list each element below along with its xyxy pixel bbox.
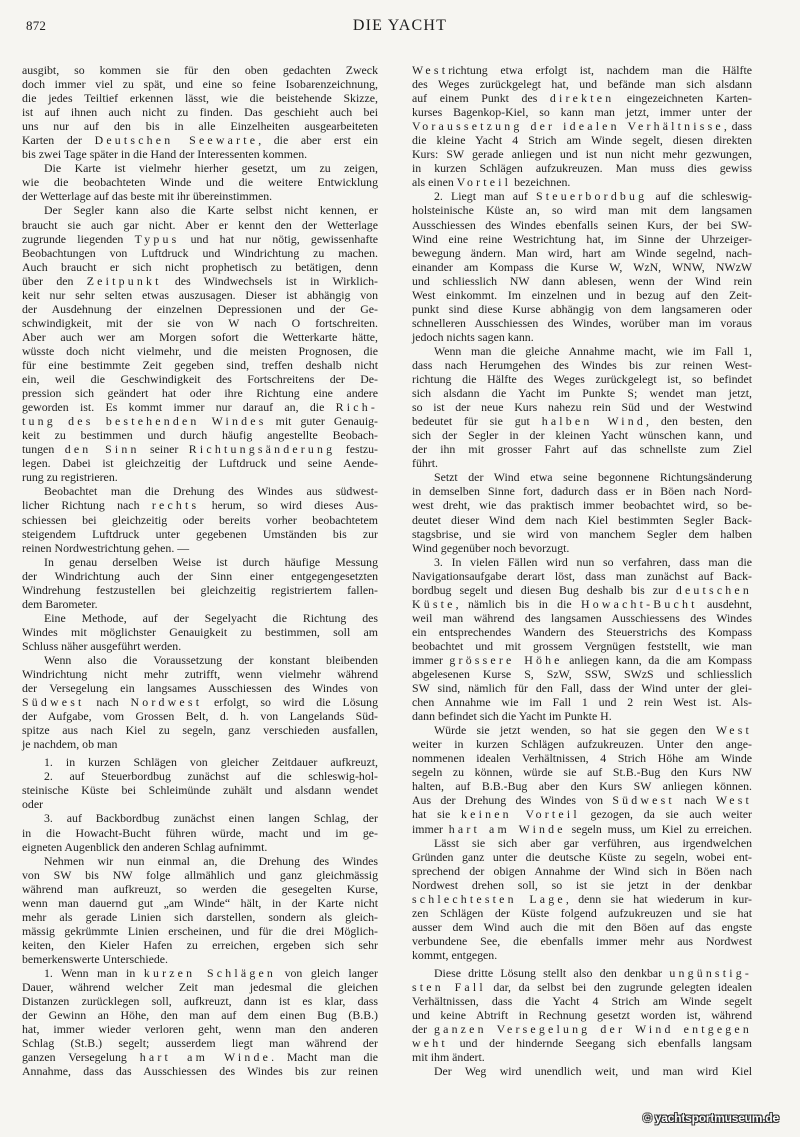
text-run: In genau derselben Weise ist durch häufi… <box>44 555 378 569</box>
text-run: Eine Methode, auf der Segelyacht die Ric… <box>44 611 378 625</box>
text-line: Windrehung festzustellen bei gleichzeiti… <box>22 583 378 597</box>
text-line: Aus der Drehung des Windes von Südwest n… <box>412 793 752 807</box>
text-run: dar, da selbst bei den zugrunde gelegten… <box>486 980 752 994</box>
text-run: Der Weg wird unendlich weit, und man wir… <box>434 1064 752 1078</box>
text-run: Ausschiessen des Windes ebenfalls seinen… <box>412 218 752 232</box>
text-run: 2. auf Steuerbordbug zunächst auf die sc… <box>44 769 378 783</box>
text-run: tungen <box>22 442 65 456</box>
text-run: von SW bis NW folge allmählich und ganz … <box>22 868 378 882</box>
text-run: bemerkenswerte Unterschiede. <box>22 952 168 966</box>
text-line: je nachdem, ob man <box>22 737 378 751</box>
text-line: Der Segler kann also die Karte selbst ni… <box>22 203 378 217</box>
text-run: sprechend der obigen Annahme der Wind si… <box>412 864 752 878</box>
text-run: der Wetterlage auf das beste mit ihr übe… <box>22 189 272 203</box>
text-run: dann befindet sich die Yacht im Punkte H… <box>412 709 612 723</box>
text-run: über den <box>22 274 87 288</box>
emphasis-spaced-text: kurzen Schlägen <box>144 966 276 980</box>
emphasis-spaced-text: Richtungsänderung <box>189 442 336 456</box>
text-run: Lässt sie sich aber gar verführen, aus i… <box>434 836 752 850</box>
text-line: stagsbrise, und sie wird von manchem Seg… <box>412 527 752 541</box>
text-run: und keine Abtrift in Rechnung gesetzt wo… <box>412 1008 752 1022</box>
text-line: 1. Wenn man in kurzen Schlägen von gleic… <box>22 966 378 980</box>
text-line: Der Weg wird unendlich weit, und man wir… <box>412 1064 752 1078</box>
emphasis-spaced-text: grössere Höhe <box>449 653 562 667</box>
text-line: SW sind, nämlich für den Fall, dass der … <box>412 681 752 695</box>
text-line: 2. Liegt man auf Steuerbordbug auf die s… <box>412 189 752 203</box>
text-line: immer grössere Höhe anliegen kann, da di… <box>412 653 752 667</box>
text-run: führt. <box>412 456 438 470</box>
text-run: Karten der <box>22 133 95 147</box>
text-line: Westrichtung etwa erfolgt ist, nachdem m… <box>412 63 752 77</box>
text-line: ausgibt, so kommen sie für den oben geda… <box>22 63 378 77</box>
text-run: segeln muss, um Kiel zu erreichen. <box>566 822 752 836</box>
right-column: Westrichtung etwa erfolgt ist, nachdem m… <box>412 63 752 1078</box>
text-run: , dass <box>724 119 752 133</box>
text-run: mit guter Genauig- <box>267 414 378 428</box>
text-line: west dreht, wie das praktisch immer beob… <box>412 498 752 512</box>
text-line: in demselben Sinne fort, dadurch dass er… <box>412 484 752 498</box>
text-line: bedeutet für sie gut halben Wind, den be… <box>412 414 752 428</box>
text-run: herum, so wird dieses Aus- <box>199 498 378 512</box>
emphasis-spaced-text: den Sinn <box>65 442 140 456</box>
text-line: Südwest nach Nordwest erfolgt, so wird d… <box>22 695 378 709</box>
text-line: Schluss näher ausgeführt werden. <box>22 639 378 653</box>
text-line: weil man während des langsamen Ausschies… <box>412 611 752 625</box>
text-run: abgelesenen Kurse S, SzW, SSW, SWzS und … <box>412 667 752 681</box>
emphasis-spaced-text: West <box>412 63 448 77</box>
text-line: mässig gekrümmte Linien erscheinen, und … <box>22 924 378 938</box>
text-line: der ihn mit grosser Fahrt auf das schnel… <box>412 442 752 456</box>
text-run: chen Annahme wie im Fall 1 und 2 rein We… <box>412 695 752 709</box>
text-line: sich der Segler in der kleinen Yacht wün… <box>412 428 752 442</box>
text-line: chen Annahme wie im Fall 1 und 2 rein We… <box>412 695 752 709</box>
text-line: zugrunde liegenden Typus und hat nur nöt… <box>22 232 378 246</box>
text-run: der ihn mit grosser Fahrt auf das schnel… <box>412 442 752 456</box>
text-run: Windes mit möglichster Genauigkeit zu be… <box>22 625 378 639</box>
text-run: ausser dem Wind auch die mit den Böen au… <box>412 920 752 934</box>
text-line: spitze aus nach Kiel zu segeln, ganz ver… <box>22 723 378 737</box>
text-run: Schluss näher ausgeführt werden. <box>22 639 181 653</box>
text-line: keiten, den Kieler Hafen zu erreichen, e… <box>22 938 378 952</box>
text-line: schlechtesten Lage, denn sie hat wiederu… <box>412 892 752 906</box>
text-line: der Versegelung ein langsames Ausschiess… <box>22 681 378 695</box>
text-run: steigendem Luftdruck unter gegebenen Ums… <box>22 527 378 541</box>
emphasis-spaced-text: weht <box>412 1036 448 1050</box>
text-line: 1. in kurzen Schlägen von gleicher Zeitd… <box>22 755 378 769</box>
text-line: hat sie keinen Vorteil gezogen, da sie a… <box>412 807 752 821</box>
text-run: weiter in kurzen Schlägen aufzukreuzen. … <box>412 737 752 751</box>
text-line: verbundene See, die ebenfalls immer mehr… <box>412 934 752 948</box>
text-line: bordbug segelt und diesen Bug deshalb bi… <box>412 583 752 597</box>
text-run: von gleich langer <box>276 966 378 980</box>
text-line: In genau derselben Weise ist durch häufi… <box>22 555 378 569</box>
text-line: sten Fall dar, da selbst bei den zugrund… <box>412 980 752 994</box>
text-run: während man aufkreuzt, so werden die ges… <box>22 882 378 896</box>
text-run: wüsste doch nicht vielmehr, und die meis… <box>22 344 378 358</box>
text-run: Beobachtungen von Luftdruck und Windrich… <box>22 246 378 260</box>
text-run: mit ihm ändert. <box>412 1050 485 1064</box>
text-line: Nordwest drehen soll, so ist sie jetzt i… <box>412 878 752 892</box>
text-run: verbundene See, die ebenfalls immer mehr… <box>412 934 752 948</box>
text-run: , die aber erst ein <box>258 133 378 147</box>
text-run: kommt, entgegen. <box>412 948 497 962</box>
text-run: eigneten Augenblick den anderen Schlag a… <box>22 840 267 854</box>
emphasis-spaced-text: rechts <box>152 498 199 512</box>
text-run: Navigationsaufgabe derart löst, dass man… <box>412 569 752 583</box>
text-run: segeln zu können, würde sie auf St.B.-Bu… <box>412 765 752 779</box>
text-run: ausdehnt, <box>698 597 752 611</box>
text-line: wie die beobachteten Winde und die weite… <box>22 175 378 189</box>
text-line: Schlag (St.B.) segelt; ausserdem liegt m… <box>22 1036 378 1050</box>
text-line: dem Barometer. <box>22 597 378 611</box>
text-run: der Versegelung ein langsames Ausschiess… <box>22 681 378 695</box>
text-run: ein, weil die Geschwindigkeit des Fortsc… <box>22 372 378 386</box>
text-line: der Ausdehnung der einzelnen Depressione… <box>22 302 378 316</box>
text-run: reinen Nordwestrichtung gehen. — <box>22 541 189 555</box>
text-line: ein entsprechendes Wandern des Steuerstr… <box>412 625 752 639</box>
text-line: Wenn also die Voraussetzung der konstant… <box>22 653 378 667</box>
emphasis-spaced-text: Howacht-Bucht <box>581 597 698 611</box>
text-run: Dauer, während welcher Zeit man jedesmal… <box>22 980 378 994</box>
text-line: holsteinische Küste an, so wird man mit … <box>412 203 752 217</box>
text-run: immer <box>412 822 449 836</box>
text-run: keit zu bestimmen und durch häufig anges… <box>22 428 378 442</box>
text-line: für eine bestimmte Zeit gegeben sind, tr… <box>22 358 378 372</box>
text-run: erfolgt, so wird die Lösung <box>202 695 378 709</box>
emphasis-spaced-text: Voraussetzung der idealen Verhältnisse <box>412 119 724 133</box>
text-line: Nehmen wir nun einmal an, die Drehung de… <box>22 854 378 868</box>
text-line: mit ihm ändert. <box>412 1050 752 1064</box>
text-run: stagsbrise, und sie wird von manchem Seg… <box>412 527 752 541</box>
text-run: steinische Küste bei Schleimünde zuhält … <box>22 783 378 797</box>
text-run: bis zwei Tage später in die Hand der Int… <box>22 147 307 161</box>
text-line: punkt sind diese Kurse abhängig von dem … <box>412 302 752 316</box>
text-line: der ganzen Versegelung der Wind entgegen <box>412 1022 752 1036</box>
page-header: 872 DIE YACHT <box>0 18 800 40</box>
text-line: 3. In vielen Fällen wird nun so verfahre… <box>412 555 752 569</box>
text-run: bezeichnen. <box>511 175 570 189</box>
text-run: sich alsdann die Yacht im Punkte S; wend… <box>412 386 752 400</box>
emphasis-spaced-text: ganzen Versegelung der Wind entgegen <box>434 1022 752 1036</box>
text-line: auf einem Punkt des direkten eingezeichn… <box>412 91 752 105</box>
text-run: schwindigkeit, mit der sie von W nach O … <box>22 316 378 330</box>
text-run: ausgibt, so kommen sie für den oben geda… <box>22 63 378 77</box>
text-run: geworden ist. Es kommt immer nur darauf … <box>22 400 336 414</box>
text-line: der Wetterlage auf das beste mit ihr übe… <box>22 189 378 203</box>
text-run: Verhältnissen, dass die Yacht 4 Strich a… <box>412 994 752 1008</box>
text-run: für eine bestimmte Zeit gegeben sind, tr… <box>22 358 378 372</box>
text-line: Setzt der Wind etwa seine begonnene Rich… <box>412 470 752 484</box>
text-run: Annahme, dass das Ausschiessen des Winde… <box>22 1064 378 1078</box>
text-line: braucht sie auch gar nicht. Aber er kenn… <box>22 218 378 232</box>
text-run: hat, immer wieder verloren geht, wenn ma… <box>22 1022 378 1036</box>
text-run: anliegen kann, da die am Kompass <box>563 653 752 667</box>
text-run: SW sind, nämlich für den Fall, dass der … <box>412 681 752 695</box>
text-run: Diese dritte Lösung stellt also den denk… <box>434 966 669 980</box>
text-run: der <box>412 1022 434 1036</box>
text-line: und keine Abtrift in Rechnung gesetzt wo… <box>412 1008 752 1022</box>
text-run: nach <box>675 793 716 807</box>
text-run: des Windwechsels ist in Wirklich- <box>162 274 378 288</box>
text-line: ist auf ihnen auch nicht zu finden. Das … <box>22 105 378 119</box>
text-run: , denn sie hat wiederum in kur- <box>566 892 752 906</box>
text-run: Wenn man die gleiche Annahme macht, wie … <box>434 344 752 358</box>
text-line: Küste, nämlich bis in die Howacht-Bucht … <box>412 597 752 611</box>
text-run: oder <box>22 797 43 811</box>
text-run: Wenn also die Voraussetzung der konstant… <box>44 653 378 667</box>
text-run: ganzen Versegelung <box>22 1050 140 1064</box>
text-run: richtung die Hälfte des Weges zurückgele… <box>412 372 752 386</box>
text-run: Wind eine reine Westrichtung hat, im Sin… <box>412 232 752 246</box>
text-run: spitze aus nach Kiel zu segeln, ganz ver… <box>22 723 378 737</box>
emphasis-spaced-text: hart am Winde <box>449 822 566 836</box>
text-line: keit nur sehr selten etwas auszusagen. D… <box>22 288 378 302</box>
text-line: 2. auf Steuerbordbug zunächst auf die sc… <box>22 769 378 783</box>
text-line: immer hart am Winde segeln muss, um Kiel… <box>412 822 752 836</box>
text-run: Nehmen wir nun einmal an, die Drehung de… <box>44 854 378 868</box>
text-run: und hat nur nötig, gewissenhafte <box>179 232 378 246</box>
text-line: schiessen bei gleichzeitig oder bereits … <box>22 513 378 527</box>
text-run: kurses Bagenkop-Kiel, so kann man jetzt,… <box>412 105 752 119</box>
text-run: und schliesslich NW dann ablesen, wenn d… <box>412 274 752 288</box>
text-line: der Windrichtung auch der Sinn einer ent… <box>22 569 378 583</box>
text-line: dann befindet sich die Yacht im Punkte H… <box>412 709 752 723</box>
emphasis-spaced-text: Vorteil <box>457 175 511 189</box>
text-line: steigendem Luftdruck unter gegebenen Ums… <box>22 527 378 541</box>
text-line: Eine Methode, auf der Segelyacht die Ric… <box>22 611 378 625</box>
emphasis-spaced-text: sten Fall <box>412 980 486 994</box>
text-line: führt. <box>412 456 752 470</box>
text-line: des Weges zurückgelegt hat, und befände … <box>412 77 752 91</box>
emphasis-spaced-text: West <box>716 723 752 737</box>
text-run: 1. Wenn man in <box>44 966 144 980</box>
emphasis-spaced-text: deutschen <box>676 583 752 597</box>
text-run: , den besten, den <box>646 414 752 428</box>
text-line: schwindigkeit, mit der sie von W nach O … <box>22 316 378 330</box>
text-run: weil man während des langsamen Ausschies… <box>412 611 752 625</box>
text-run: 3. In vielen Fällen wird nun so verfahre… <box>434 555 752 569</box>
text-run: der Windrichtung auch der Sinn einer ent… <box>22 569 378 583</box>
text-line: Aber auch wer am Morgen sofort die Wette… <box>22 330 378 344</box>
running-title: DIE YACHT <box>0 17 800 35</box>
text-run: dem Barometer. <box>22 597 98 611</box>
emphasis-spaced-text: Südwest <box>612 793 675 807</box>
text-line: Dauer, während welcher Zeit man jedesmal… <box>22 980 378 994</box>
text-run: Wind gegenüber noch bevorzugt. <box>412 541 569 555</box>
text-run: Aber auch wer am Morgen sofort die Wette… <box>22 330 378 344</box>
text-run: doch immer viel zu spät, und eine so fei… <box>22 77 378 91</box>
emphasis-spaced-text: Deutschen Seewarte <box>95 133 259 147</box>
text-run: mässig gekrümmte Linien erscheinen, und … <box>22 924 378 938</box>
text-run: 1. in kurzen Schlägen von gleicher Zeitd… <box>44 755 378 769</box>
text-line: so ist der neue Kurs nahezu rein Süd und… <box>412 400 752 414</box>
text-run: festzu- <box>335 442 378 456</box>
text-line: die kleine Yacht 4 Strich am Winde segel… <box>412 133 752 147</box>
text-run: seiner <box>140 442 189 456</box>
text-run: bewegung ändern. Man wird, hart am Winde… <box>412 246 752 260</box>
text-line: hat, immer wieder verloren geht, wenn ma… <box>22 1022 378 1036</box>
text-run: , nämlich bis in die <box>456 597 581 611</box>
text-line: Die Karte ist vielmehr hierher gesetzt, … <box>22 161 378 175</box>
text-line: nommenen idealen Verhältnissen, 4 Strich… <box>412 751 752 765</box>
emphasis-spaced-text: schlechtesten Lage <box>412 892 566 906</box>
text-run: in die Howacht-Bucht führen würde, macht… <box>22 826 378 840</box>
text-run: Die Karte ist vielmehr hierher gesetzt, … <box>44 161 378 175</box>
text-line: schnelleren Ausschiessen des Windes, wor… <box>412 316 752 330</box>
text-line: Wenn man die gleiche Annahme macht, wie … <box>412 344 752 358</box>
text-run: gezogen, da sie auch weiter <box>580 807 752 821</box>
text-run: je nachdem, ob man <box>22 737 117 751</box>
text-line: steinische Küste bei Schleimünde zuhält … <box>22 783 378 797</box>
text-line: Wind eine reine Westrichtung hat, im Sin… <box>412 232 752 246</box>
text-run: Windrichtung nicht mehr zutrifft, wenn v… <box>22 667 378 681</box>
text-line: Kurs: SW gerade anliegen und ist nun nic… <box>412 147 752 161</box>
emphasis-spaced-text: Rich- <box>336 400 378 414</box>
text-line: bewegung ändern. Man wird, hart am Winde… <box>412 246 752 260</box>
text-run: zugrunde liegenden <box>22 232 135 246</box>
text-run: auf die schleswig- <box>647 189 752 203</box>
text-line: Beobachtungen von Luftdruck und Windrich… <box>22 246 378 260</box>
text-line: die jedes Teiltief erkennen lässt, wie d… <box>22 91 378 105</box>
text-run: west dreht, wie das praktisch immer beob… <box>412 498 752 512</box>
text-line: der Gewinn an Höhe, den man auf dem eine… <box>22 1008 378 1022</box>
text-line: sprechend der obigen Annahme der Wind si… <box>412 864 752 878</box>
text-line: wenn man dauernd gut „am Winde“ hält, in… <box>22 896 378 910</box>
text-run: nach <box>85 695 131 709</box>
text-line: reinen Nordwestrichtung gehen. — <box>22 541 378 555</box>
text-run: Kurs: SW gerade anliegen und ist nun nic… <box>412 147 752 161</box>
emphasis-spaced-text: halben Wind <box>542 414 646 428</box>
text-line: in die Howacht-Bucht führen würde, macht… <box>22 826 378 840</box>
text-line: tungen den Sinn seiner Richtungsänderung… <box>22 442 378 456</box>
text-line: Windrichtung nicht mehr zutrifft, wenn v… <box>22 667 378 681</box>
text-run: braucht sie auch gar nicht. Aber er kenn… <box>22 218 378 232</box>
text-run: 3. auf Backbordbug zunächst einen langen… <box>44 811 378 825</box>
text-run: deutet dieser Wind dem nach Kiel bestimm… <box>412 513 752 527</box>
text-line: Gründen ganz unter die deutsche Küste zu… <box>412 850 752 864</box>
text-run: der Gewinn an Höhe, den man auf dem eine… <box>22 1008 378 1022</box>
text-line: Lässt sie sich aber gar verführen, aus i… <box>412 836 752 850</box>
text-run: schnelleren Ausschiessen des Windes, wor… <box>412 316 752 330</box>
text-run: Windrehung festzustellen bei gleichzeiti… <box>22 583 378 597</box>
text-line: uns nur auf den bis in alle Einzelheiten… <box>22 119 378 133</box>
text-line: Verhältnissen, dass die Yacht 4 Strich a… <box>412 994 752 1008</box>
text-run: ein entsprechendes Wandern des Steuerstr… <box>412 625 752 639</box>
text-line: während man aufkreuzt, so werden die ges… <box>22 882 378 896</box>
text-run: rung zu registrieren. <box>22 470 118 484</box>
text-line: kommt, entgegen. <box>412 948 752 962</box>
emphasis-spaced-text: hart am Winde <box>140 1050 271 1064</box>
copyright-watermark: © yachtsportmuseum.de <box>643 1111 779 1125</box>
text-run: Schlag (St.B.) segelt; ausserdem liegt m… <box>22 1036 378 1050</box>
text-run: wenn man dauernd gut „am Winde“ hält, in… <box>22 896 378 910</box>
text-run: schiessen bei gleichzeitig oder bereits … <box>22 513 378 527</box>
text-line: licher Richtung nach rechts herum, so wi… <box>22 498 378 512</box>
text-run: dass nach Herumgehen des Windes bis zur … <box>412 358 752 372</box>
text-run: keiten, den Kieler Hafen zu erreichen, e… <box>22 938 378 952</box>
text-run: als einen <box>412 175 457 189</box>
text-line: Voraussetzung der idealen Verhältnisse, … <box>412 119 752 133</box>
text-line: legen. Dabei ist gleichzeitig der Luftdr… <box>22 456 378 470</box>
text-run: in demselben Sinne fort, dadurch dass er… <box>412 484 752 498</box>
text-run: des Weges zurückgelegt hat, und befände … <box>412 77 752 91</box>
text-line: Annahme, dass das Ausschiessen des Winde… <box>22 1064 378 1078</box>
text-line: über den Zeitpunkt des Windwechsels ist … <box>22 274 378 288</box>
text-run: Setzt der Wind etwa seine begonnene Rich… <box>434 470 752 484</box>
left-column: ausgibt, so kommen sie für den oben geda… <box>22 63 378 1078</box>
text-run: in kurzen Schlägen aufzukreuzen. Man mus… <box>412 161 752 175</box>
text-run: immer <box>412 653 449 667</box>
text-run: der Ausdehnung der einzelnen Depressione… <box>22 302 378 316</box>
text-run: . Macht man die <box>271 1050 378 1064</box>
text-line: segeln zu können, würde sie auf St.B.-Bu… <box>412 765 752 779</box>
text-line: Navigationsaufgabe derart löst, dass man… <box>412 569 752 583</box>
text-run: Beobachtet man die Drehung des Windes au… <box>44 484 378 498</box>
text-run: hat sie <box>412 807 461 821</box>
text-line: dass nach Herumgehen des Windes bis zur … <box>412 358 752 372</box>
text-run: pression sich geändert hat oder ihre Ric… <box>22 386 378 400</box>
text-line: 3. auf Backbordbug zunächst einen langen… <box>22 811 378 825</box>
text-run: zen Schlägen der Küste folgend aufzukreu… <box>412 906 752 920</box>
text-run: die kleine Yacht 4 Strich am Winde segel… <box>412 133 752 147</box>
emphasis-spaced-text: Küste <box>412 597 456 611</box>
text-run: punkt sind diese Kurse abhängig von dem … <box>412 302 752 316</box>
text-line: Würde sie jetzt wenden, so hat sie gegen… <box>412 723 752 737</box>
text-line: zen Schlägen der Küste folgend aufzukreu… <box>412 906 752 920</box>
text-line: rung zu registrieren. <box>22 470 378 484</box>
text-run: bedeutet für sie gut <box>412 414 542 428</box>
text-run: 2. Liegt man auf <box>434 189 536 203</box>
text-line: oder <box>22 797 378 811</box>
emphasis-spaced-text: Steuerbordbug <box>536 189 647 203</box>
text-line: pression sich geändert hat oder ihre Ric… <box>22 386 378 400</box>
text-run: mehr als gerade Linien sich darstellen, … <box>22 910 378 924</box>
text-run: legen. Dabei ist gleichzeitig der Luftdr… <box>22 456 378 470</box>
text-line: ausser dem Wind auch die mit den Böen au… <box>412 920 752 934</box>
text-line: eigneten Augenblick den anderen Schlag a… <box>22 840 378 854</box>
emphasis-spaced-text: Nordwest <box>131 695 203 709</box>
text-line: doch immer viel zu spät, und eine so fei… <box>22 77 378 91</box>
text-run: holsteinische Küste an, so wird man mit … <box>412 203 752 217</box>
emphasis-spaced-text: direkten <box>550 91 614 105</box>
text-line: als einen Vorteil bezeichnen. <box>412 175 752 189</box>
text-line: der Aufgabe, vom Grossen Belt, d. h. von… <box>22 709 378 723</box>
text-line: und schliesslich NW dann ablesen, wenn d… <box>412 274 752 288</box>
text-line: keit zu bestimmen und durch häufig anges… <box>22 428 378 442</box>
text-run: bordbug segelt und diesen Bug deshalb bi… <box>412 583 676 597</box>
text-line: Wind gegenüber noch bevorzugt. <box>412 541 752 555</box>
text-run: einander am Kompass die Kurse W, WzN, WN… <box>412 260 752 274</box>
text-line: kurses Bagenkop-Kiel, so kann man jetzt,… <box>412 105 752 119</box>
text-line: weht und der hindernde Seegang sich eben… <box>412 1036 752 1050</box>
text-line: mehr als gerade Linien sich darstellen, … <box>22 910 378 924</box>
text-line: geworden ist. Es kommt immer nur darauf … <box>22 400 378 414</box>
text-run: eingezeichneten Karten- <box>614 91 752 105</box>
text-line: ein, weil die Geschwindigkeit des Fortsc… <box>22 372 378 386</box>
text-run: Auch braucht er sich nicht prophetisch z… <box>22 260 378 274</box>
text-run: halten, auf B.B.-Bug aber den Kurs SW an… <box>412 779 752 793</box>
text-line: von SW bis NW folge allmählich und ganz … <box>22 868 378 882</box>
text-line: Windes mit möglichster Genauigkeit zu be… <box>22 625 378 639</box>
text-line: bis zwei Tage später in die Hand der Int… <box>22 147 378 161</box>
text-run: West einkommt. Im einzelnen und in bezug… <box>412 288 752 302</box>
text-run: der Aufgabe, vom Grossen Belt, d. h. von… <box>22 709 378 723</box>
text-line: jedoch nichts sagen kann. <box>412 330 752 344</box>
text-run: richtung etwa erfolgt ist, nachdem man d… <box>448 63 752 77</box>
text-run: beobachtet und mit grossem Vergnügen fes… <box>412 639 752 653</box>
text-run: Der Segler kann also die Karte selbst ni… <box>44 203 378 217</box>
text-line: richtung die Hälfte des Weges zurückgele… <box>412 372 752 386</box>
